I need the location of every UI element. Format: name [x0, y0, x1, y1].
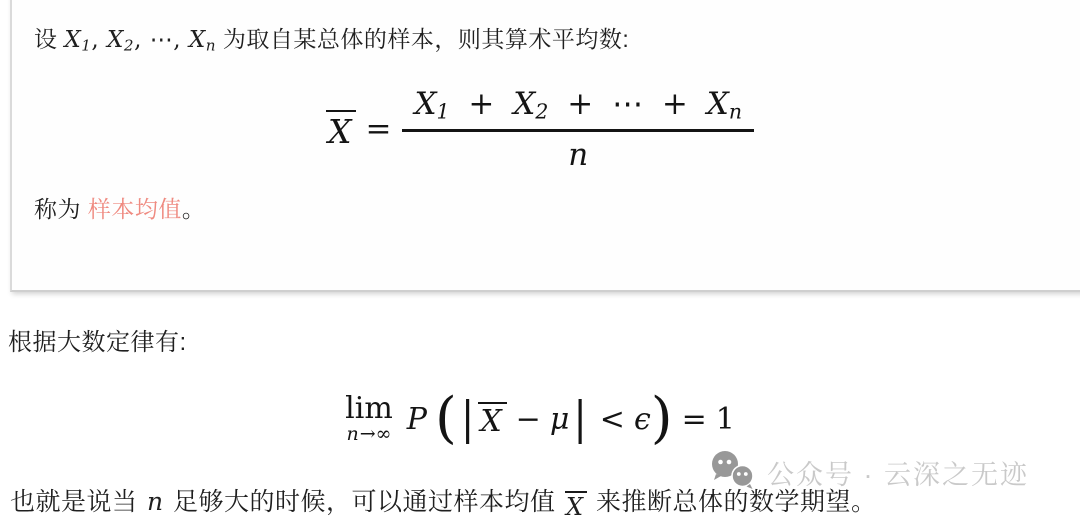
sample-mean-formula: X = X1 + X2 + ⋯ + Xn n: [0, 86, 1080, 172]
math-var: X: [107, 27, 124, 53]
x-bar: X: [565, 491, 587, 519]
text-segment: 为取自某总体的样本，则其算术平均数:: [216, 26, 629, 52]
math-subscript: 1: [437, 99, 450, 123]
left-abs-bar: |: [461, 397, 474, 442]
equals-sign: =: [365, 111, 391, 147]
equals-sign: =: [682, 402, 707, 437]
text-segment: 称为: [34, 196, 88, 222]
math-subscript: 2: [124, 36, 134, 54]
probability-symbol: P: [407, 402, 427, 437]
fraction-denominator: n: [568, 132, 588, 173]
text-segment: 也就是说当: [10, 488, 138, 516]
math-separator: ,: [173, 27, 189, 53]
number-one: 1: [716, 402, 735, 437]
article-page: 设 X1, X2, ⋯, Xn 为取自某总体的样本，则其算术平均数: X = X…: [0, 0, 1080, 527]
law-of-large-numbers-line: 根据大数定律有:: [8, 325, 187, 361]
math-var: X: [513, 86, 535, 122]
right-abs-bar: |: [573, 397, 586, 442]
text-segment: 设: [34, 26, 64, 52]
text-segment: 。: [182, 196, 206, 222]
mu-symbol: μ: [550, 402, 570, 437]
plus-sign: +: [662, 86, 688, 122]
math-var: X: [189, 27, 206, 53]
math-var: X: [707, 86, 729, 122]
quote-conclusion-line: 称为 样本均值。: [34, 192, 205, 226]
math-var: n: [147, 487, 164, 516]
epsilon-symbol: ϵ: [634, 402, 651, 437]
plus-sign: +: [567, 86, 593, 122]
quote-intro-line: 设 X1, X2, ⋯, Xn 为取自某总体的样本，则其算术平均数:: [34, 22, 629, 62]
math-separator: ,: [134, 27, 150, 53]
text-segment: 足够大的时候，可以通过样本均值: [173, 488, 556, 516]
limit-operator: lim n→∞: [345, 393, 393, 446]
wechat-icon: [708, 450, 758, 494]
math-subscript: 2: [535, 99, 548, 123]
lim-word: lim: [345, 393, 393, 425]
math-cdots: ⋯: [150, 27, 174, 53]
less-than-sign: <: [600, 402, 625, 437]
right-paren: ): [651, 392, 673, 447]
minus-sign: −: [516, 402, 541, 437]
limit-formula: lim n→∞ P ( | X − μ | < ϵ ) = 1: [0, 382, 1080, 456]
math-subscript: 1: [81, 36, 91, 54]
math-subscript: n: [206, 36, 216, 54]
math-subscript: n: [729, 99, 742, 123]
plus-sign: +: [468, 86, 494, 122]
x-bar: X: [478, 402, 506, 437]
fraction: X1 + X2 + ⋯ + Xn n: [402, 86, 754, 173]
fraction-numerator: X1 + X2 + ⋯ + Xn: [402, 86, 754, 130]
math-var: X: [64, 27, 81, 53]
watermark: 公众号 · 云深之无迹: [708, 450, 1029, 494]
watermark-text: 公众号 · 云深之无迹: [767, 453, 1029, 492]
math-separator: ,: [91, 27, 107, 53]
highlighted-term: 样本均值: [88, 196, 182, 222]
lim-subscript: n→∞: [346, 423, 391, 445]
infinity-symbol: ∞: [376, 423, 392, 445]
math-var: n: [346, 423, 358, 445]
x-bar: X: [326, 110, 357, 148]
arrow-symbol: →: [360, 423, 376, 445]
left-paren: (: [435, 392, 457, 447]
math-cdots: ⋯: [612, 86, 643, 122]
math-var: X: [414, 86, 436, 122]
